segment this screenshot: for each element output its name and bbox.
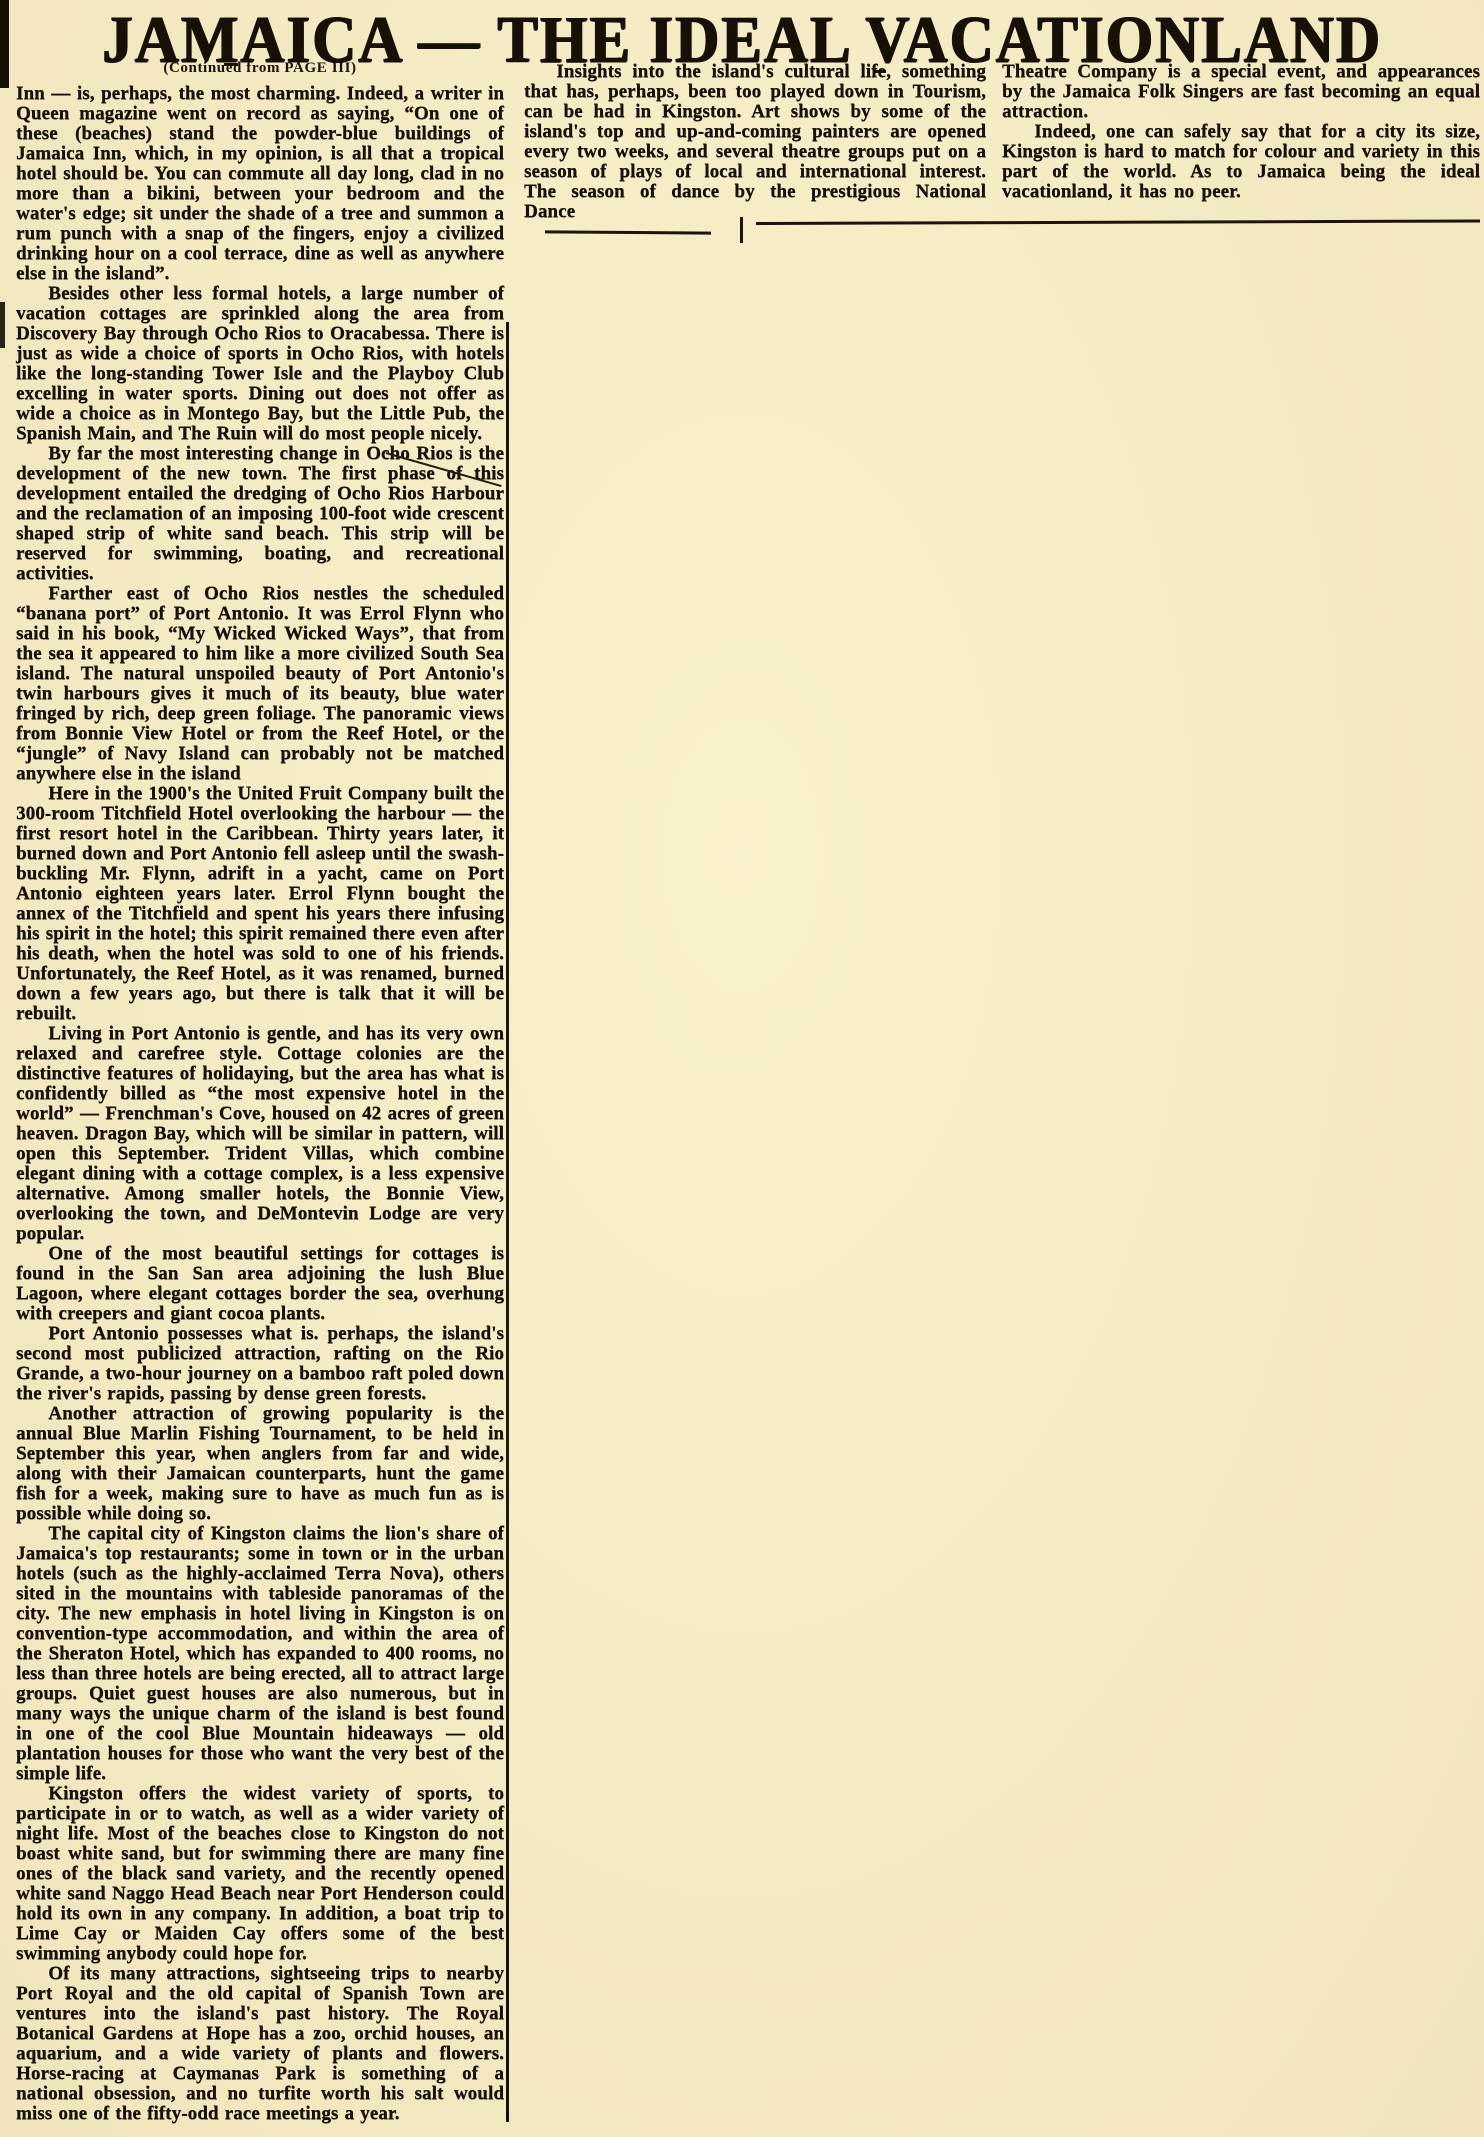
newspaper-page: JAMAICA — THE IDEAL VACATIONLAND (Contin… [0,0,1484,2137]
article-paragraph: Living in Port Antonio is gentle, and ha… [16,1024,504,1244]
mid-column-end-rule [545,230,711,234]
column-divider-rule [506,322,509,2122]
article-paragraph: Port Antonio possesses what is. perhaps,… [16,1324,504,1404]
article-paragraph: Theatre Company is a special event, and … [1002,62,1480,122]
middle-column: Insights into the island's cultural life… [524,62,986,222]
continued-from-note: (Continued from PAGE III) [16,60,504,77]
article-paragraph: Kingston offers the widest variety of sp… [16,1784,504,1964]
scan-smudge-top-left [0,0,9,88]
right-column: Theatre Company is a special event, and … [1002,62,1480,202]
left-column: Inn — is, perhaps, the most charming. In… [16,84,504,2124]
article-paragraph: Of its many attractions, sightseeing tri… [16,1964,504,2124]
divider-tick [740,217,743,243]
scan-smudge-left-edge [0,302,5,348]
article-paragraph: Besides other less formal hotels, a larg… [16,284,504,444]
article-paragraph: One of the most beautiful settings for c… [16,1244,504,1324]
article-paragraph: Inn — is, perhaps, the most charming. In… [16,84,504,284]
article-paragraph: The capital city of Kingston claims the … [16,1524,504,1784]
article-paragraph: Farther east of Ocho Rios nestles the sc… [16,584,504,784]
article-paragraph: Insights into the island's cultural life… [524,62,986,222]
article-paragraph: Another attraction of growing popularity… [16,1404,504,1524]
article-paragraph: Here in the 1900's the United Fruit Comp… [16,784,504,1024]
article-paragraph: Indeed, one can safely say that for a ci… [1002,122,1480,202]
